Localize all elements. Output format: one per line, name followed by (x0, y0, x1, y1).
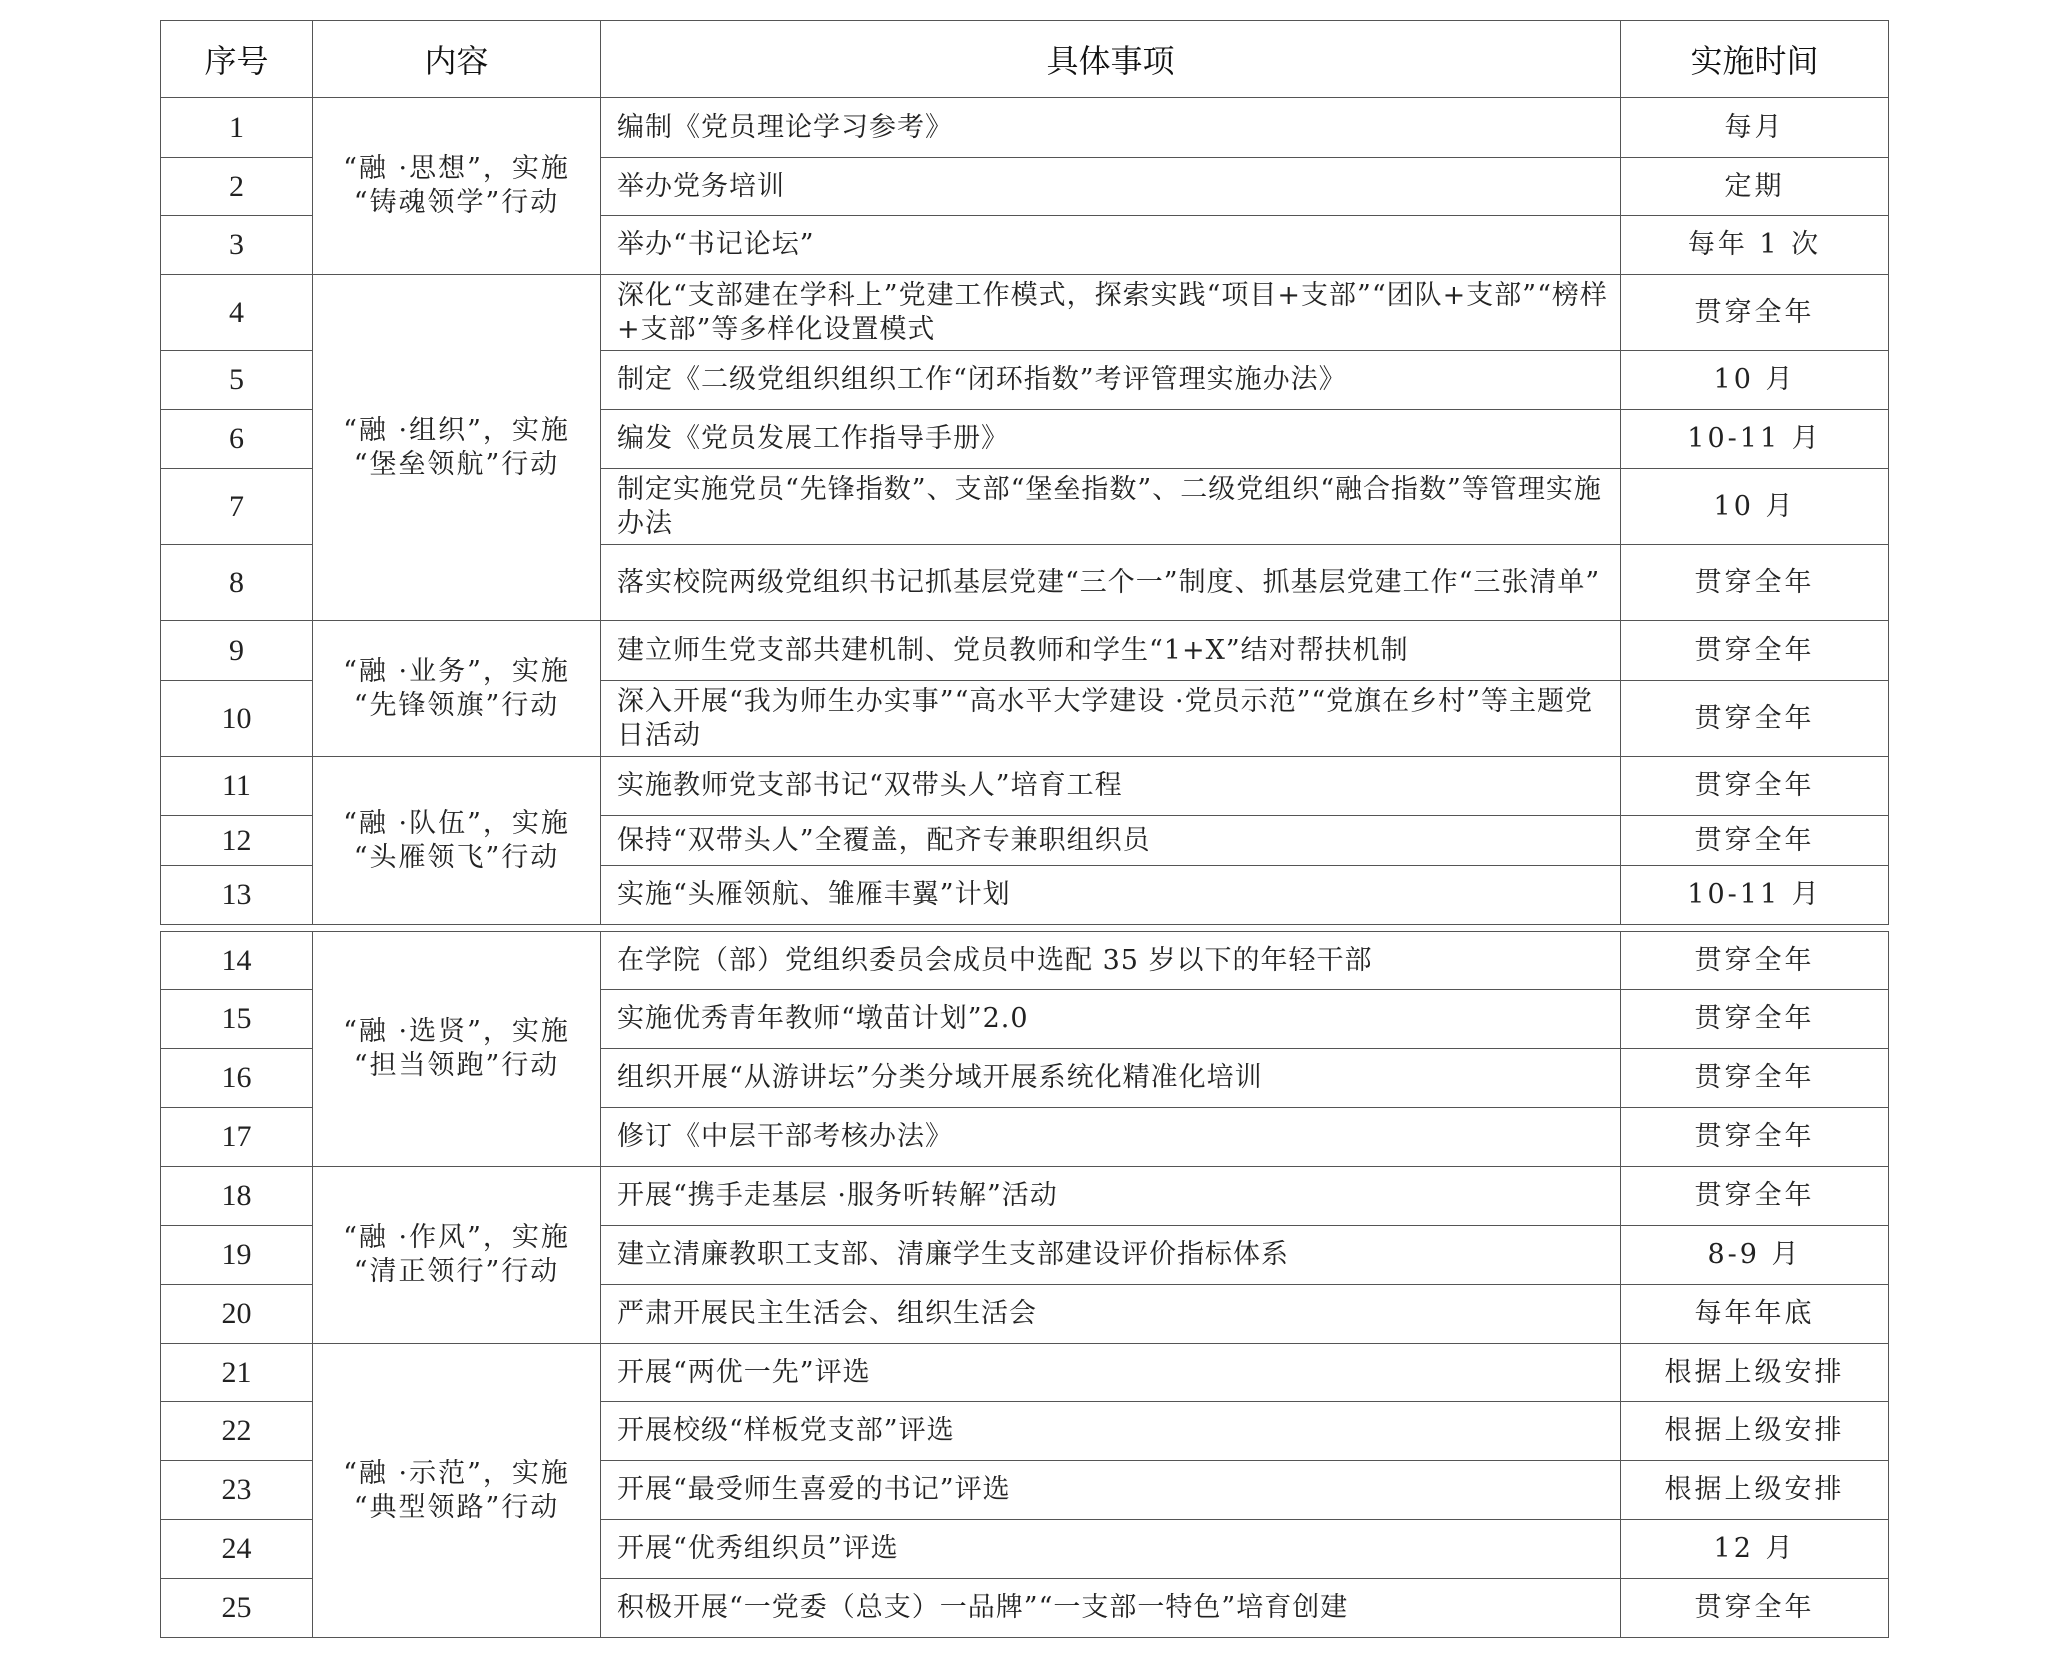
row-time: 贯穿全年 (1621, 681, 1889, 757)
group-label-line1: “融 ·示范”，实施 (319, 1457, 594, 1491)
group-label-line1: “融 ·业务”，实施 (319, 655, 594, 689)
row-time: 12 月 (1621, 1520, 1889, 1579)
row-time: 10 月 (1621, 469, 1889, 545)
row-item: 深入开展“我为师生办实事”“高水平大学建设 ·党员示范”“党旗在乡村”等主题党日… (601, 681, 1621, 757)
row-time: 每年年底 (1621, 1285, 1889, 1344)
row-number: 22 (161, 1402, 313, 1461)
row-time: 贯穿全年 (1621, 1049, 1889, 1108)
row-number: 17 (161, 1108, 313, 1167)
table-row: 18 “融 ·作风”，实施“清正领行”行动 开展“携手走基层 ·服务听转解”活动… (161, 1167, 1889, 1226)
table-row: 9 “融 ·业务”，实施“先锋领旗”行动 建立师生党支部共建机制、党员教师和学生… (161, 621, 1889, 681)
row-number: 15 (161, 990, 313, 1049)
group-label: “融 ·示范”，实施“典型领路”行动 (313, 1344, 601, 1638)
row-time: 贯穿全年 (1621, 990, 1889, 1049)
row-number: 19 (161, 1226, 313, 1285)
row-time: 定期 (1621, 158, 1889, 216)
row-item: 实施优秀青年教师“墩苗计划”2.0 (601, 990, 1621, 1049)
group-label: “融 ·作风”，实施“清正领行”行动 (313, 1167, 601, 1344)
row-item: 举办“书记论坛” (601, 216, 1621, 275)
group-label: “融 ·思想”，实施“铸魂领学”行动 (313, 98, 601, 275)
row-item: 建立清廉教职工支部、清廉学生支部建设评价指标体系 (601, 1226, 1621, 1285)
row-time: 贯穿全年 (1621, 621, 1889, 681)
row-item: 组织开展“从游讲坛”分类分域开展系统化精准化培训 (601, 1049, 1621, 1108)
row-item: 开展校级“样板党支部”评选 (601, 1402, 1621, 1461)
row-number: 10 (161, 681, 313, 757)
row-number: 9 (161, 621, 313, 681)
row-number: 23 (161, 1461, 313, 1520)
row-item: 开展“携手走基层 ·服务听转解”活动 (601, 1167, 1621, 1226)
group-label-line1: “融 ·思想”，实施 (319, 152, 594, 186)
row-time: 8-9 月 (1621, 1226, 1889, 1285)
row-time: 根据上级安排 (1621, 1402, 1889, 1461)
row-item: 建立师生党支部共建机制、党员教师和学生“1+X”结对帮扶机制 (601, 621, 1621, 681)
row-number: 5 (161, 351, 313, 410)
table-row: 4 “融 ·组织”，实施“堡垒领航”行动 深化“支部建在学科上”党建工作模式，探… (161, 275, 1889, 351)
group-label: “融 ·选贤”，实施“担当领跑”行动 (313, 932, 601, 1167)
row-time: 贯穿全年 (1621, 545, 1889, 621)
group-label-line1: “融 ·队伍”，实施 (319, 807, 594, 841)
row-item: 制定《二级党组织组织工作“闭环指数”考评管理实施办法》 (601, 351, 1621, 410)
row-time: 贯穿全年 (1621, 1579, 1889, 1638)
row-item: 保持“双带头人”全覆盖，配齐专兼职组织员 (601, 816, 1621, 866)
row-item: 在学院（部）党组织委员会成员中选配 35 岁以下的年轻干部 (601, 932, 1621, 990)
row-number: 3 (161, 216, 313, 275)
row-time: 根据上级安排 (1621, 1461, 1889, 1520)
table-row: 1 “融 ·思想”，实施“铸魂领学”行动 编制《党员理论学习参考》 每月 (161, 98, 1889, 158)
row-item: 修订《中层干部考核办法》 (601, 1108, 1621, 1167)
row-time: 根据上级安排 (1621, 1344, 1889, 1402)
row-number: 2 (161, 158, 313, 216)
row-item: 严肃开展民主生活会、组织生活会 (601, 1285, 1621, 1344)
group-label-line2: “清正领行”行动 (319, 1255, 594, 1289)
row-item: 落实校院两级党组织书记抓基层党建“三个一”制度、抓基层党建工作“三张清单” (601, 545, 1621, 621)
row-time: 贯穿全年 (1621, 816, 1889, 866)
group-label: “融 ·组织”，实施“堡垒领航”行动 (313, 275, 601, 621)
table-row: 14 “融 ·选贤”，实施“担当领跑”行动 在学院（部）党组织委员会成员中选配 … (161, 932, 1889, 990)
group-label-line1: “融 ·选贤”，实施 (319, 1015, 594, 1049)
row-item: 编制《党员理论学习参考》 (601, 98, 1621, 158)
row-number: 14 (161, 932, 313, 990)
row-time: 贯穿全年 (1621, 1108, 1889, 1167)
plan-table-part-2: 14 “融 ·选贤”，实施“担当领跑”行动 在学院（部）党组织委员会成员中选配 … (160, 931, 1889, 1638)
row-time: 贯穿全年 (1621, 932, 1889, 990)
row-item: 编发《党员发展工作指导手册》 (601, 410, 1621, 469)
row-number: 24 (161, 1520, 313, 1579)
row-number: 7 (161, 469, 313, 545)
header-items: 具体事项 (601, 21, 1621, 98)
group-label: “融 ·业务”，实施“先锋领旗”行动 (313, 621, 601, 757)
row-item: 积极开展“一党委（总支）一品牌”“一支部一特色”培育创建 (601, 1579, 1621, 1638)
row-item: 实施“头雁领航、雏雁丰翼”计划 (601, 866, 1621, 925)
group-label-line2: “担当领跑”行动 (319, 1049, 594, 1083)
group-label-line2: “头雁领飞”行动 (319, 841, 594, 875)
row-time: 每年 1 次 (1621, 216, 1889, 275)
row-time: 10-11 月 (1621, 410, 1889, 469)
header-index: 序号 (161, 21, 313, 98)
row-item: 深化“支部建在学科上”党建工作模式，探索实践“项目+支部”“团队+支部”“榜样+… (601, 275, 1621, 351)
row-number: 1 (161, 98, 313, 158)
row-time: 贯穿全年 (1621, 757, 1889, 816)
row-item: 开展“最受师生喜爱的书记”评选 (601, 1461, 1621, 1520)
table-row: 11 “融 ·队伍”，实施“头雁领飞”行动 实施教师党支部书记“双带头人”培育工… (161, 757, 1889, 816)
group-label-line2: “先锋领旗”行动 (319, 689, 594, 723)
row-time: 10 月 (1621, 351, 1889, 410)
row-item: 制定实施党员“先锋指数”、支部“堡垒指数”、二级党组织“融合指数”等管理实施办法 (601, 469, 1621, 545)
group-label-line2: “典型领路”行动 (319, 1491, 594, 1525)
row-number: 12 (161, 816, 313, 866)
group-label-line2: “堡垒领航”行动 (319, 448, 594, 482)
table-header-row: 序号 内容 具体事项 实施时间 (161, 21, 1889, 98)
header-content: 内容 (313, 21, 601, 98)
plan-table-part-1: 序号 内容 具体事项 实施时间 1 “融 ·思想”，实施“铸魂领学”行动 编制《… (160, 20, 1889, 925)
group-label: “融 ·队伍”，实施“头雁领飞”行动 (313, 757, 601, 925)
row-item: 开展“两优一先”评选 (601, 1344, 1621, 1402)
row-number: 20 (161, 1285, 313, 1344)
row-number: 18 (161, 1167, 313, 1226)
row-time: 10-11 月 (1621, 866, 1889, 925)
row-number: 25 (161, 1579, 313, 1638)
row-number: 11 (161, 757, 313, 816)
table-row: 21 “融 ·示范”，实施“典型领路”行动 开展“两优一先”评选 根据上级安排 (161, 1344, 1889, 1402)
row-number: 4 (161, 275, 313, 351)
group-label-line2: “铸魂领学”行动 (319, 186, 594, 220)
row-time: 贯穿全年 (1621, 275, 1889, 351)
row-time: 贯穿全年 (1621, 1167, 1889, 1226)
header-time: 实施时间 (1621, 21, 1889, 98)
row-number: 8 (161, 545, 313, 621)
group-label-line1: “融 ·作风”，实施 (319, 1221, 594, 1255)
row-number: 6 (161, 410, 313, 469)
row-number: 16 (161, 1049, 313, 1108)
group-label-line1: “融 ·组织”，实施 (319, 414, 594, 448)
row-number: 21 (161, 1344, 313, 1402)
row-item: 实施教师党支部书记“双带头人”培育工程 (601, 757, 1621, 816)
row-number: 13 (161, 866, 313, 925)
row-item: 开展“优秀组织员”评选 (601, 1520, 1621, 1579)
row-item: 举办党务培训 (601, 158, 1621, 216)
row-time: 每月 (1621, 98, 1889, 158)
